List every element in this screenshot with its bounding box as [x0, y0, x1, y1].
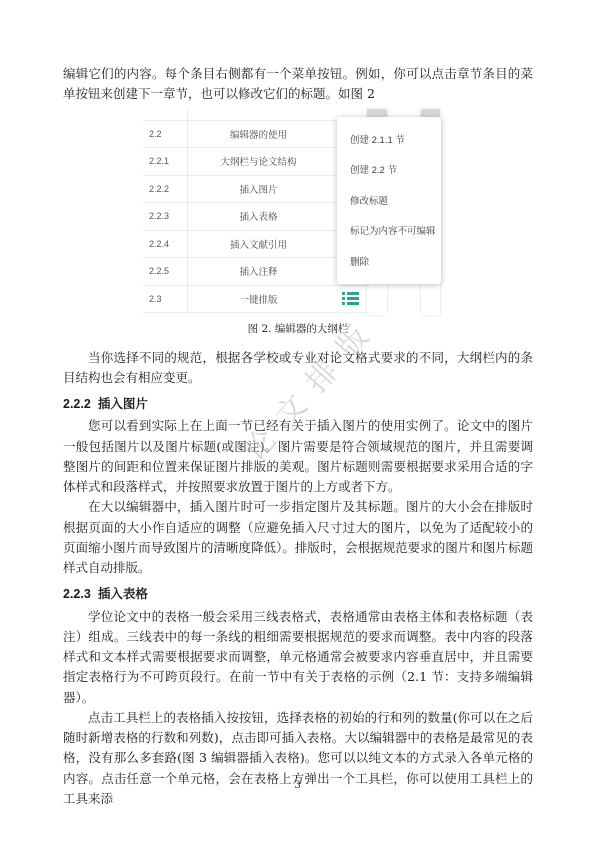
section-number: 2.2.3 [63, 584, 91, 604]
menu-item-mark-uneditable[interactable]: 标记为内容不可编辑 [337, 215, 441, 246]
document-page: 编辑它们的内容。每个条目右侧都有一个菜单按钮。例如，你可以点击章节条目的菜单按钮… [0, 0, 595, 842]
menu-item-create-subsection[interactable]: 创建 2.1.1 节 [337, 124, 441, 155]
menu-item-rename[interactable]: 修改标题 [337, 185, 441, 216]
outline-row[interactable]: 2.3 一键排版 [143, 286, 370, 314]
menu-item-delete[interactable]: 删除 [337, 246, 441, 277]
paragraph: 学位论文中的表格一般会采用三线表格式，表格通常由表格主体和表格标题（表注）组成。… [63, 607, 533, 708]
outline-row-number: 2.2.2 [143, 184, 187, 194]
paragraph: 当你选择不同的规范，根据各学校或专业对论文格式要求的不同，大纲栏内的条目结构也会… [63, 348, 533, 389]
outline-row[interactable]: 2.2.2 插入图片 [143, 176, 370, 204]
paragraph: 在大以编辑器中，插入图片时可一步指定图片及其标题。图片的大小会在排版时根据页面的… [63, 497, 533, 578]
section-title: 插入表格 [98, 584, 148, 604]
figure-caption: 图 2. 编辑器的大纲栏 [63, 321, 533, 336]
outline-row-number: 2.2.5 [143, 266, 187, 276]
outline-row-title: 一键排版 [187, 292, 330, 306]
outline-row-title: 插入图片 [187, 182, 330, 196]
outline-row-number: 2.3 [143, 294, 187, 304]
outline-row-number: 2.2.4 [143, 239, 187, 249]
figure-canvas: 2.2 编辑器的使用 2.2.1 大纲栏与论文结构 2.2.2 插入图片 2.2… [63, 107, 533, 314]
outline-row-number: 2.2.1 [143, 156, 187, 166]
outline-row-title: 插入文献引用 [187, 237, 330, 251]
outline-panel: 2.2 编辑器的使用 2.2.1 大纲栏与论文结构 2.2.2 插入图片 2.2… [143, 120, 370, 314]
outline-row[interactable]: 2.2.3 插入表格 [143, 203, 370, 231]
page-number: 3 [0, 780, 595, 791]
scrollbar-thumb[interactable] [367, 109, 387, 117]
paragraph: 您可以看到实际上在上面一节已经有关于插入图片的使用实例了。论文中的图片一般包括图… [63, 416, 533, 497]
section-heading-2-2-3: 2.2.3 插入表格 [63, 584, 533, 604]
format-list-icon[interactable] [330, 292, 370, 305]
section-number: 2.2.2 [63, 394, 91, 414]
scrollbar-thumb[interactable] [421, 109, 440, 117]
outline-row-title: 大纲栏与论文结构 [187, 154, 330, 168]
outline-row[interactable]: 2.2.5 插入注释 [143, 258, 370, 286]
context-menu: 创建 2.1.1 节 创建 2.2 节 修改标题 标记为内容不可编辑 删除 [337, 117, 441, 284]
section-title: 插入图片 [98, 394, 148, 414]
outline-row-title: 编辑器的使用 [187, 127, 330, 141]
outline-row-number: 2.2 [143, 129, 187, 139]
outline-row[interactable]: 2.2 编辑器的使用 [143, 121, 370, 149]
outline-row-title: 插入表格 [187, 209, 330, 223]
figure-2: 2.2 编辑器的使用 2.2.1 大纲栏与论文结构 2.2.2 插入图片 2.2… [63, 107, 533, 336]
outline-row[interactable]: 2.2.1 大纲栏与论文结构 [143, 148, 370, 176]
paragraph: 点击工具栏上的表格插入按按钮，选择表格的初始的行和列的数量(你可以在之后随时新增… [63, 708, 533, 809]
outline-row[interactable]: 2.2.4 插入文献引用 [143, 231, 370, 259]
paragraph-top: 编辑它们的内容。每个条目右侧都有一个菜单按钮。例如，你可以点击章节条目的菜单按钮… [63, 64, 533, 105]
outline-row-title: 插入注释 [187, 264, 330, 278]
outline-row-number: 2.2.3 [143, 211, 187, 221]
menu-item-create-section[interactable]: 创建 2.2 节 [337, 154, 441, 185]
section-heading-2-2-2: 2.2.2 插入图片 [63, 394, 533, 414]
